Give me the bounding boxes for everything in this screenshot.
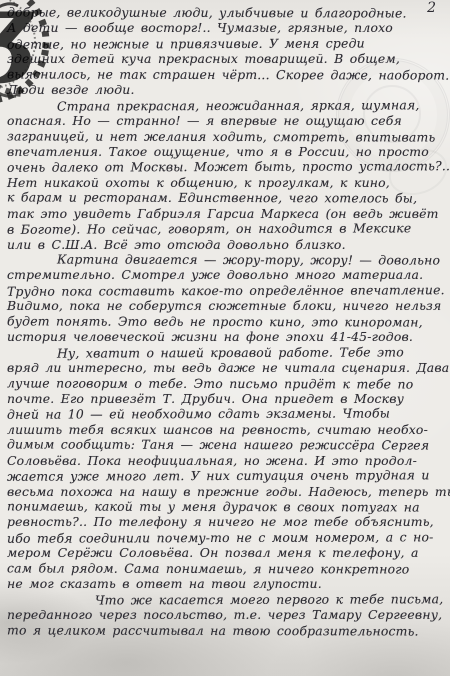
letter-line: А дети — вообще восторг!.. Чумазые, гряз…: [7, 20, 448, 35]
letter-line: лишить тебя всяких шансов на ревность, с…: [7, 422, 448, 437]
letter-line: стремительно. Смотрел уже довольно много…: [7, 267, 448, 282]
letter-line: добрые, великодушные люди, улыбчивые и б…: [7, 4, 448, 21]
letter-line: понимаешь, какой ты у меня дурачок в сво…: [7, 498, 448, 515]
letter-line: не мог сказать в ответ на твои глупости.: [7, 576, 448, 591]
letter-line: дней на 10 — ей необходимо сдать экзамен…: [7, 406, 448, 423]
letter-line: одетые, но нежные и привязчивые. У меня …: [7, 35, 448, 52]
letter-line: история человеческой жизни на фоне эпохи…: [7, 329, 448, 344]
letter-line: Трудно пока составить какое-то определён…: [7, 282, 448, 299]
letter-line: жается уже много лет. У них ситуация оче…: [7, 467, 448, 484]
letter-line: Видимо, пока не соберутся сюжетные блоки…: [7, 298, 448, 313]
letter-line: почте. Его привезёт Т. Друбич. Она приед…: [7, 391, 448, 406]
letter-line: весьма похожа на нашу в прежние годы. На…: [7, 484, 448, 499]
page-number: 2: [427, 0, 436, 16]
letter-line: мером Серёжи Соловьёва. Он позвал меня к…: [7, 545, 448, 560]
letter-line: или в С.Ш.А. Всё это отсюда довольно бли…: [7, 237, 448, 252]
letter-line: ревность?.. По телефону я ничего не мог …: [7, 514, 448, 529]
letter-line: Картина двигается — жору-тору, жору! — д…: [7, 251, 448, 268]
letter-line: будет понять. Это ведь не просто кино, э…: [7, 313, 448, 330]
letter-line: вряд ли интересно, ты ведь даже не читал…: [7, 360, 448, 375]
letter-line: Соловьёва. Пока неофициальная, но жена. …: [7, 453, 448, 468]
letter-page: добрые, великодушные люди, улыбчивые и б…: [0, 0, 450, 676]
letter-line: то я целиком рассчитывал на твою сообраз…: [7, 622, 448, 639]
letter-line: Ну, хватит о нашей кровавой работе. Тебе…: [7, 344, 448, 361]
letter-line: ибо тебя соединили почему-то не с моим н…: [7, 529, 448, 546]
letter-line: Что же касается моего первого к тебе пис…: [7, 591, 448, 608]
letter-line: так это увидеть Габриэля Гарсиа Маркеса …: [7, 206, 448, 221]
letter-line: димым сообщить: Таня — жена нашего режис…: [7, 437, 448, 454]
letter-line: лучше поговорим о тебе. Это письмо придё…: [7, 375, 448, 392]
letter-line: сам был рядом. Сама понимаешь, я ничего …: [7, 560, 448, 577]
letter-line: переданного через посольство, т.е. через…: [7, 607, 448, 622]
letter-line: Нет никакой охоты к общению, к прогулкам…: [7, 175, 448, 190]
letter-line: в Боготе). Но сейчас, говорят, он находи…: [7, 220, 448, 237]
letter-line: к барам и ресторанам. Единственное, чего…: [7, 190, 448, 207]
